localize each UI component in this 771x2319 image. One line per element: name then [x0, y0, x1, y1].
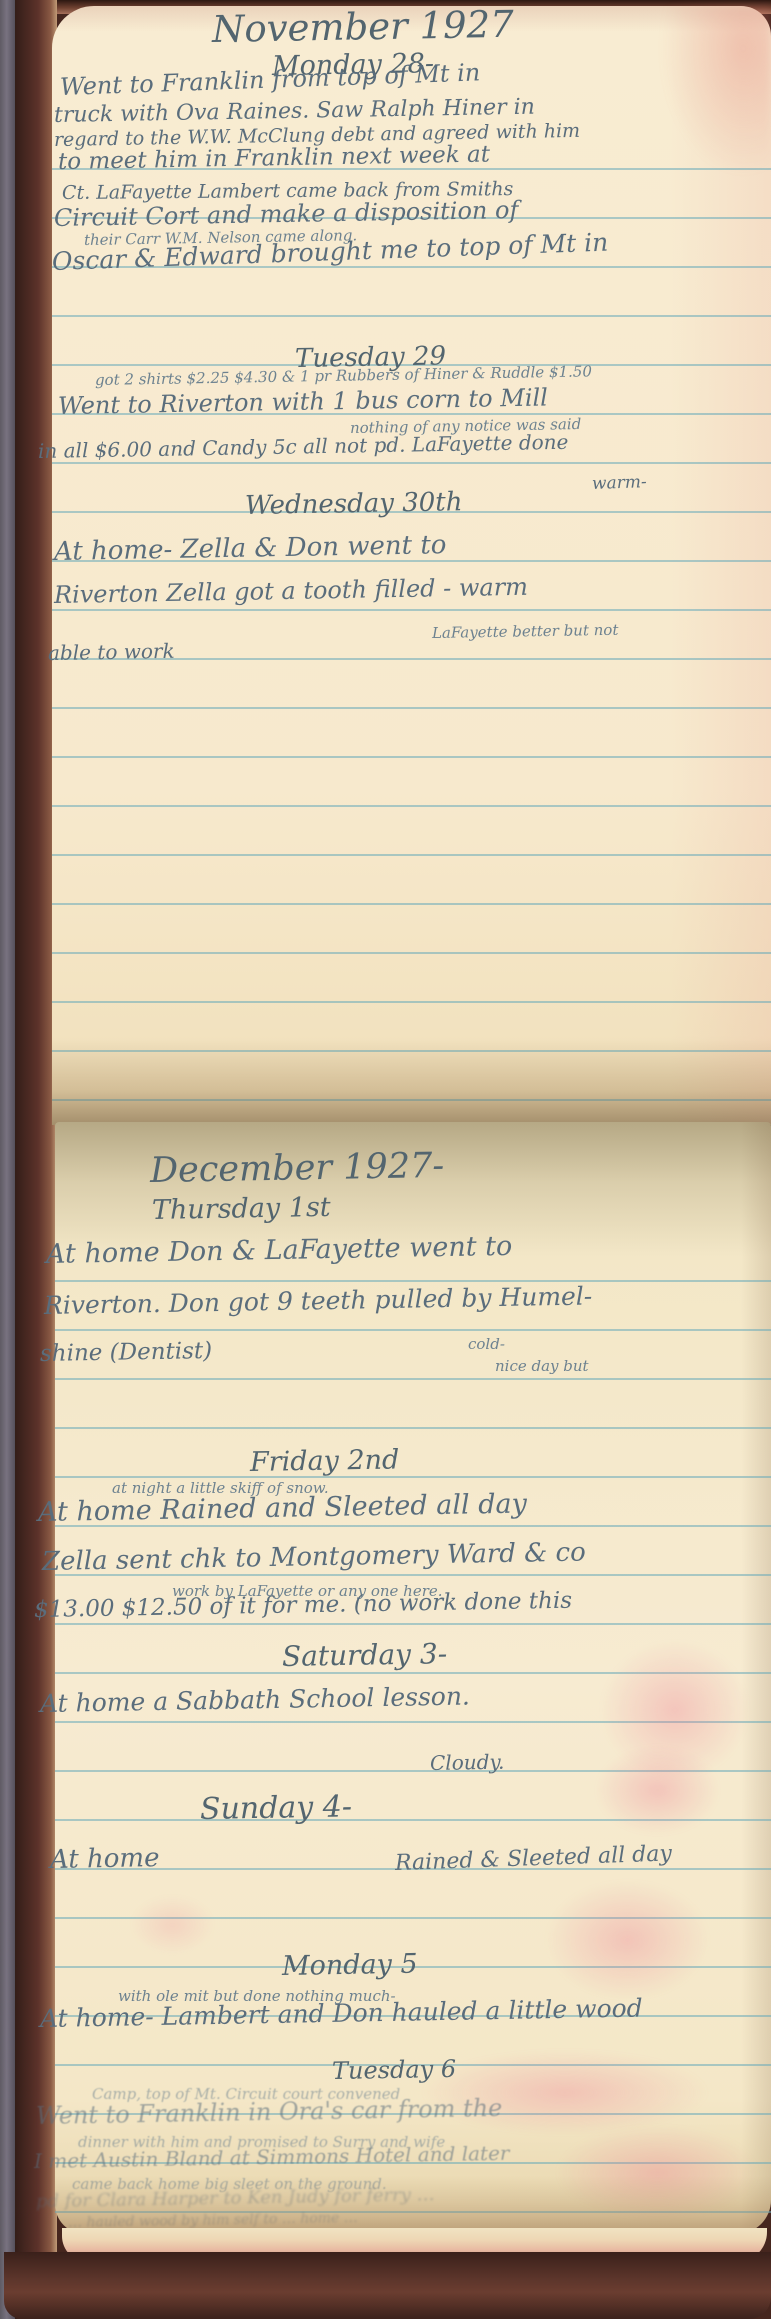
diary-line: nice day but	[495, 1358, 589, 1375]
day-heading: Sunday 4-	[200, 1790, 353, 1826]
day-heading: Monday 5	[282, 1950, 418, 1982]
day-heading: Wednesday 30th	[245, 488, 463, 520]
page-corner-stain	[660, 6, 771, 176]
diary-photograph: November 1927 Monday 28- Went to Frankli…	[0, 0, 771, 2319]
book-cover-bottom	[4, 2252, 771, 2319]
scanner-edge	[0, 0, 15, 2319]
pink-stain	[130, 1895, 215, 1955]
day-heading: Friday 2nd	[250, 1445, 400, 1477]
month-heading: November 1927	[212, 5, 514, 51]
page-fold-shadow	[55, 2176, 771, 2234]
diary-line: able to work	[48, 640, 175, 664]
book-cover-spine	[15, 0, 57, 2319]
diary-line: At home	[50, 1844, 160, 1875]
day-heading: Thursday 1st	[152, 1193, 331, 1226]
day-heading: Tuesday 6	[332, 2056, 457, 2085]
month-heading: December 1927-	[150, 1147, 445, 1191]
diary-line: cold-	[468, 1336, 505, 1353]
pink-stain	[595, 1745, 720, 1835]
pink-stain	[545, 1880, 710, 2000]
diary-line: Cloudy.	[430, 1751, 505, 1774]
diary-line: shine (Dentist)	[40, 1339, 213, 1367]
day-heading: Saturday 3-	[282, 1639, 448, 1673]
page-fold-shadow	[52, 1040, 771, 1125]
diary-line: warm-	[592, 473, 647, 494]
diary-line: LaFayette better but not	[432, 622, 619, 642]
